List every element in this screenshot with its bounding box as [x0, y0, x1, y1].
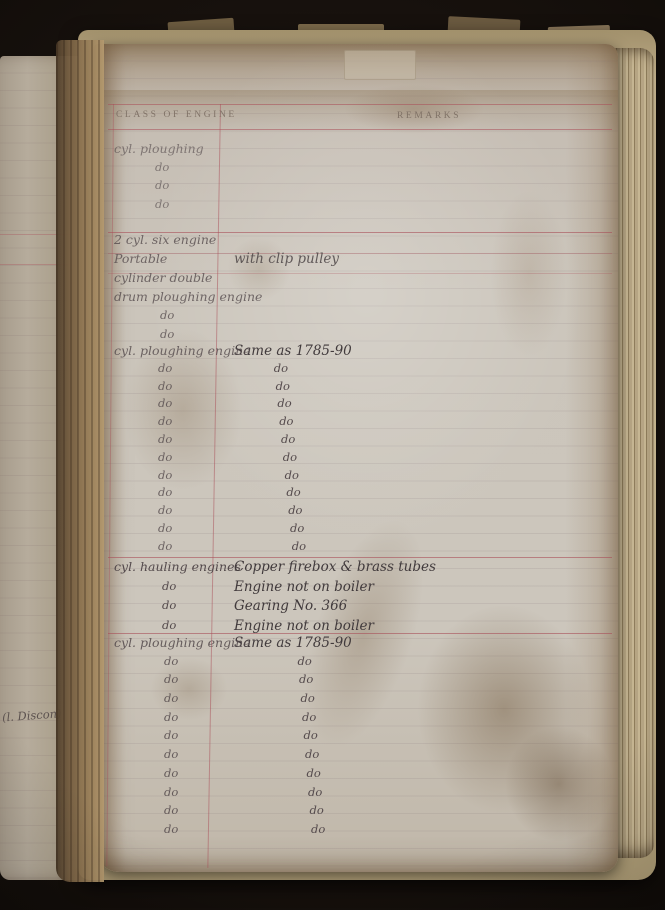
remarks-entry: do — [307, 768, 321, 780]
ledger-row: do — [114, 199, 604, 218]
ledger-row: do — [114, 162, 604, 181]
page-stack-fore-edge — [614, 48, 654, 858]
remarks-entry: do — [283, 452, 297, 464]
class-entry: cyl. ploughing — [114, 143, 234, 156]
ledger-row: dodo — [114, 824, 604, 843]
class-entry: cylinder double — [114, 272, 234, 285]
book-gutter — [56, 40, 104, 882]
class-entry: drum ploughing engine — [114, 291, 234, 304]
remarks-entry: do — [274, 363, 288, 375]
remarks-entry: do — [288, 505, 302, 517]
class-entry: do — [114, 398, 234, 410]
class-entry: cyl. ploughing engine — [114, 345, 234, 358]
remarks-entry: do — [279, 416, 293, 428]
remarks-entry: Engine not on boiler — [234, 581, 374, 595]
remarks-entry: Gearing No. 366 — [234, 600, 347, 614]
ledger-row: 2 cyl. six engine — [114, 234, 604, 253]
remarks-entry: with clip pulley — [234, 253, 339, 267]
remarks-entry: Copper firebox & brass tubes — [234, 561, 436, 575]
remarks-entry: do — [292, 541, 306, 553]
class-entry: do — [114, 199, 234, 211]
class-entry: do — [114, 434, 234, 446]
remarks-entry: do — [304, 730, 318, 742]
class-entry: do — [114, 523, 234, 535]
ledger-section-s3: cyl. ploughing engineSame as 1785-90dodo… — [114, 345, 604, 559]
ledger-row: cyl. ploughing engineSame as 1785-90 — [114, 637, 604, 656]
remarks-entry: do — [298, 656, 312, 668]
ledger-row: dodo — [114, 787, 604, 806]
class-entry: do — [114, 600, 234, 612]
ledger-page: CLASS OF ENGINE REMARKS cyl. ploughingdo… — [94, 44, 618, 872]
ledger-row: cyl. ploughing — [114, 143, 604, 162]
ledger-row: dodo — [114, 656, 604, 675]
class-entry: do — [114, 381, 234, 393]
class-entry: do — [114, 730, 234, 742]
class-entry: do — [114, 805, 234, 817]
ledger-row: dodo — [114, 749, 604, 768]
ledger-row: dodo — [114, 398, 604, 416]
ledger-section-s5: cyl. ploughing engineSame as 1785-90dodo… — [114, 637, 604, 843]
remarks-entry: do — [308, 787, 322, 799]
ledger-row: dodo — [114, 487, 604, 505]
ledger-row: do — [114, 180, 604, 199]
ledger-row: dodo — [114, 363, 604, 381]
ledger-row: cyl. hauling enginesCopper firebox & bra… — [114, 561, 604, 581]
class-entry: do — [114, 581, 234, 593]
remarks-entry: do — [276, 381, 290, 393]
ledger-row: doEngine not on boiler — [114, 581, 604, 601]
ledger-row: dodo — [114, 381, 604, 399]
remarks-entry: Same as 1785-90 — [234, 637, 352, 651]
class-entry: Portable — [114, 253, 234, 266]
class-entry: cyl. hauling engines — [114, 561, 234, 574]
class-entry: do — [114, 505, 234, 517]
class-entry: do — [114, 180, 234, 192]
class-entry: do — [114, 787, 234, 799]
remarks-entry: Engine not on boiler — [234, 620, 374, 634]
ledger-row: dodo — [114, 768, 604, 787]
class-entry: do — [114, 162, 234, 174]
class-entry: do — [114, 620, 234, 632]
remarks-entry: Same as 1785-90 — [234, 345, 352, 359]
remarks-entry: do — [310, 805, 324, 817]
ledger-row: cyl. ploughing engineSame as 1785-90 — [114, 345, 604, 363]
class-entry: do — [114, 487, 234, 499]
ledger-section-s4: cyl. hauling enginesCopper firebox & bra… — [114, 561, 604, 639]
ledger-row: do — [114, 310, 604, 329]
class-entry: do — [114, 452, 234, 464]
ledger-section-s2: 2 cyl. six enginePortablewith clip pulle… — [114, 234, 604, 348]
class-entry: do — [114, 310, 234, 322]
ledger-photo: (l. Discon) 47 CLASS OF ENGINE REMARKS c… — [0, 0, 665, 910]
class-entry: do — [114, 329, 234, 341]
ledger-row: dodo — [114, 523, 604, 541]
ledger-row: dodo — [114, 541, 604, 559]
remarks-entry: do — [277, 398, 291, 410]
class-entry: do — [114, 470, 234, 482]
class-entry: do — [114, 541, 234, 553]
class-entry: do — [114, 824, 234, 836]
remarks-entry: do — [305, 749, 319, 761]
class-entry: do — [114, 749, 234, 761]
ledger-row: dodo — [114, 693, 604, 712]
class-entry: do — [114, 768, 234, 780]
class-entry: do — [114, 363, 234, 375]
class-entry: 2 cyl. six engine — [114, 234, 234, 247]
ledger-row: dodo — [114, 434, 604, 452]
remarks-entry: do — [286, 487, 300, 499]
remarks-entry: do — [299, 674, 313, 686]
remarks-entry: do — [301, 693, 315, 705]
ledger-row: dodo — [114, 416, 604, 434]
class-entry: do — [114, 656, 234, 668]
ledger-row: drum ploughing engine — [114, 291, 604, 310]
class-entry: do — [114, 416, 234, 428]
ledger-section-s1: cyl. ploughingdododo — [114, 143, 604, 217]
ledger-row: dodo — [114, 674, 604, 693]
remarks-entry: do — [285, 470, 299, 482]
remarks-entry: do — [281, 434, 295, 446]
remarks-entry: do — [311, 824, 325, 836]
class-entry: do — [114, 693, 234, 705]
ledger-row: dodo — [114, 730, 604, 749]
ledger-row: dodo — [114, 505, 604, 523]
ledger-row: doGearing No. 366 — [114, 600, 604, 620]
remarks-entry: do — [290, 523, 304, 535]
ledger-row: dodo — [114, 712, 604, 731]
ledger-entries: cyl. ploughingdododo2 cyl. six enginePor… — [94, 44, 618, 872]
class-entry: do — [114, 674, 234, 686]
class-entry: cyl. ploughing engine — [114, 637, 234, 650]
ledger-row: dodo — [114, 452, 604, 470]
ledger-row: dodo — [114, 805, 604, 824]
remarks-entry: do — [302, 712, 316, 724]
ledger-row: dodo — [114, 470, 604, 488]
class-entry: do — [114, 712, 234, 724]
